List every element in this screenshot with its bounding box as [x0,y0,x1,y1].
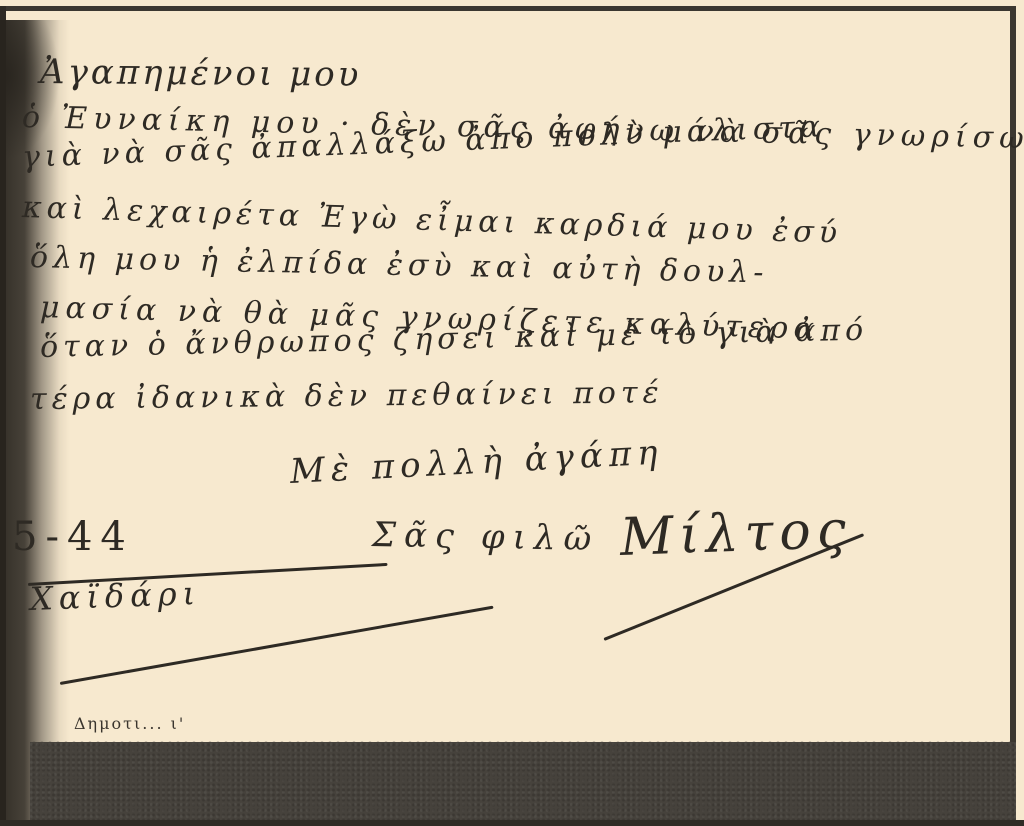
letter-place: Χαϊδάρι [29,574,201,618]
footer-fragment: Δημοτι... ι' [74,714,185,733]
signature: Μίλτος [619,500,853,568]
frame-bottom-border [0,820,1024,826]
frame-top-border [0,6,1016,11]
letter-date: 5-44 [12,514,134,560]
body-line-4: ὅλη μου ἡ ἐλπίδα ἐσὺ καὶ αὐτὴ δουλ- [30,240,769,290]
dark-bottom-strip [30,742,1016,820]
salutation: Ἀγαπημένοι μου [40,52,362,95]
body-line-7: τέρα ἰδανικὰ δὲν πεθαίνει ποτέ [30,375,664,417]
letter-page: Ἀγαπημένοι μου ὁ Ἐυναίκη μου · δὲν σᾶς ἀ… [0,0,1024,826]
signature-prefix: Σᾶς φιλῶ [372,515,600,559]
pen-stroke-lower-left [60,606,494,685]
closing-line: Μὲ πολλὴ ἀγάπη [289,432,665,492]
